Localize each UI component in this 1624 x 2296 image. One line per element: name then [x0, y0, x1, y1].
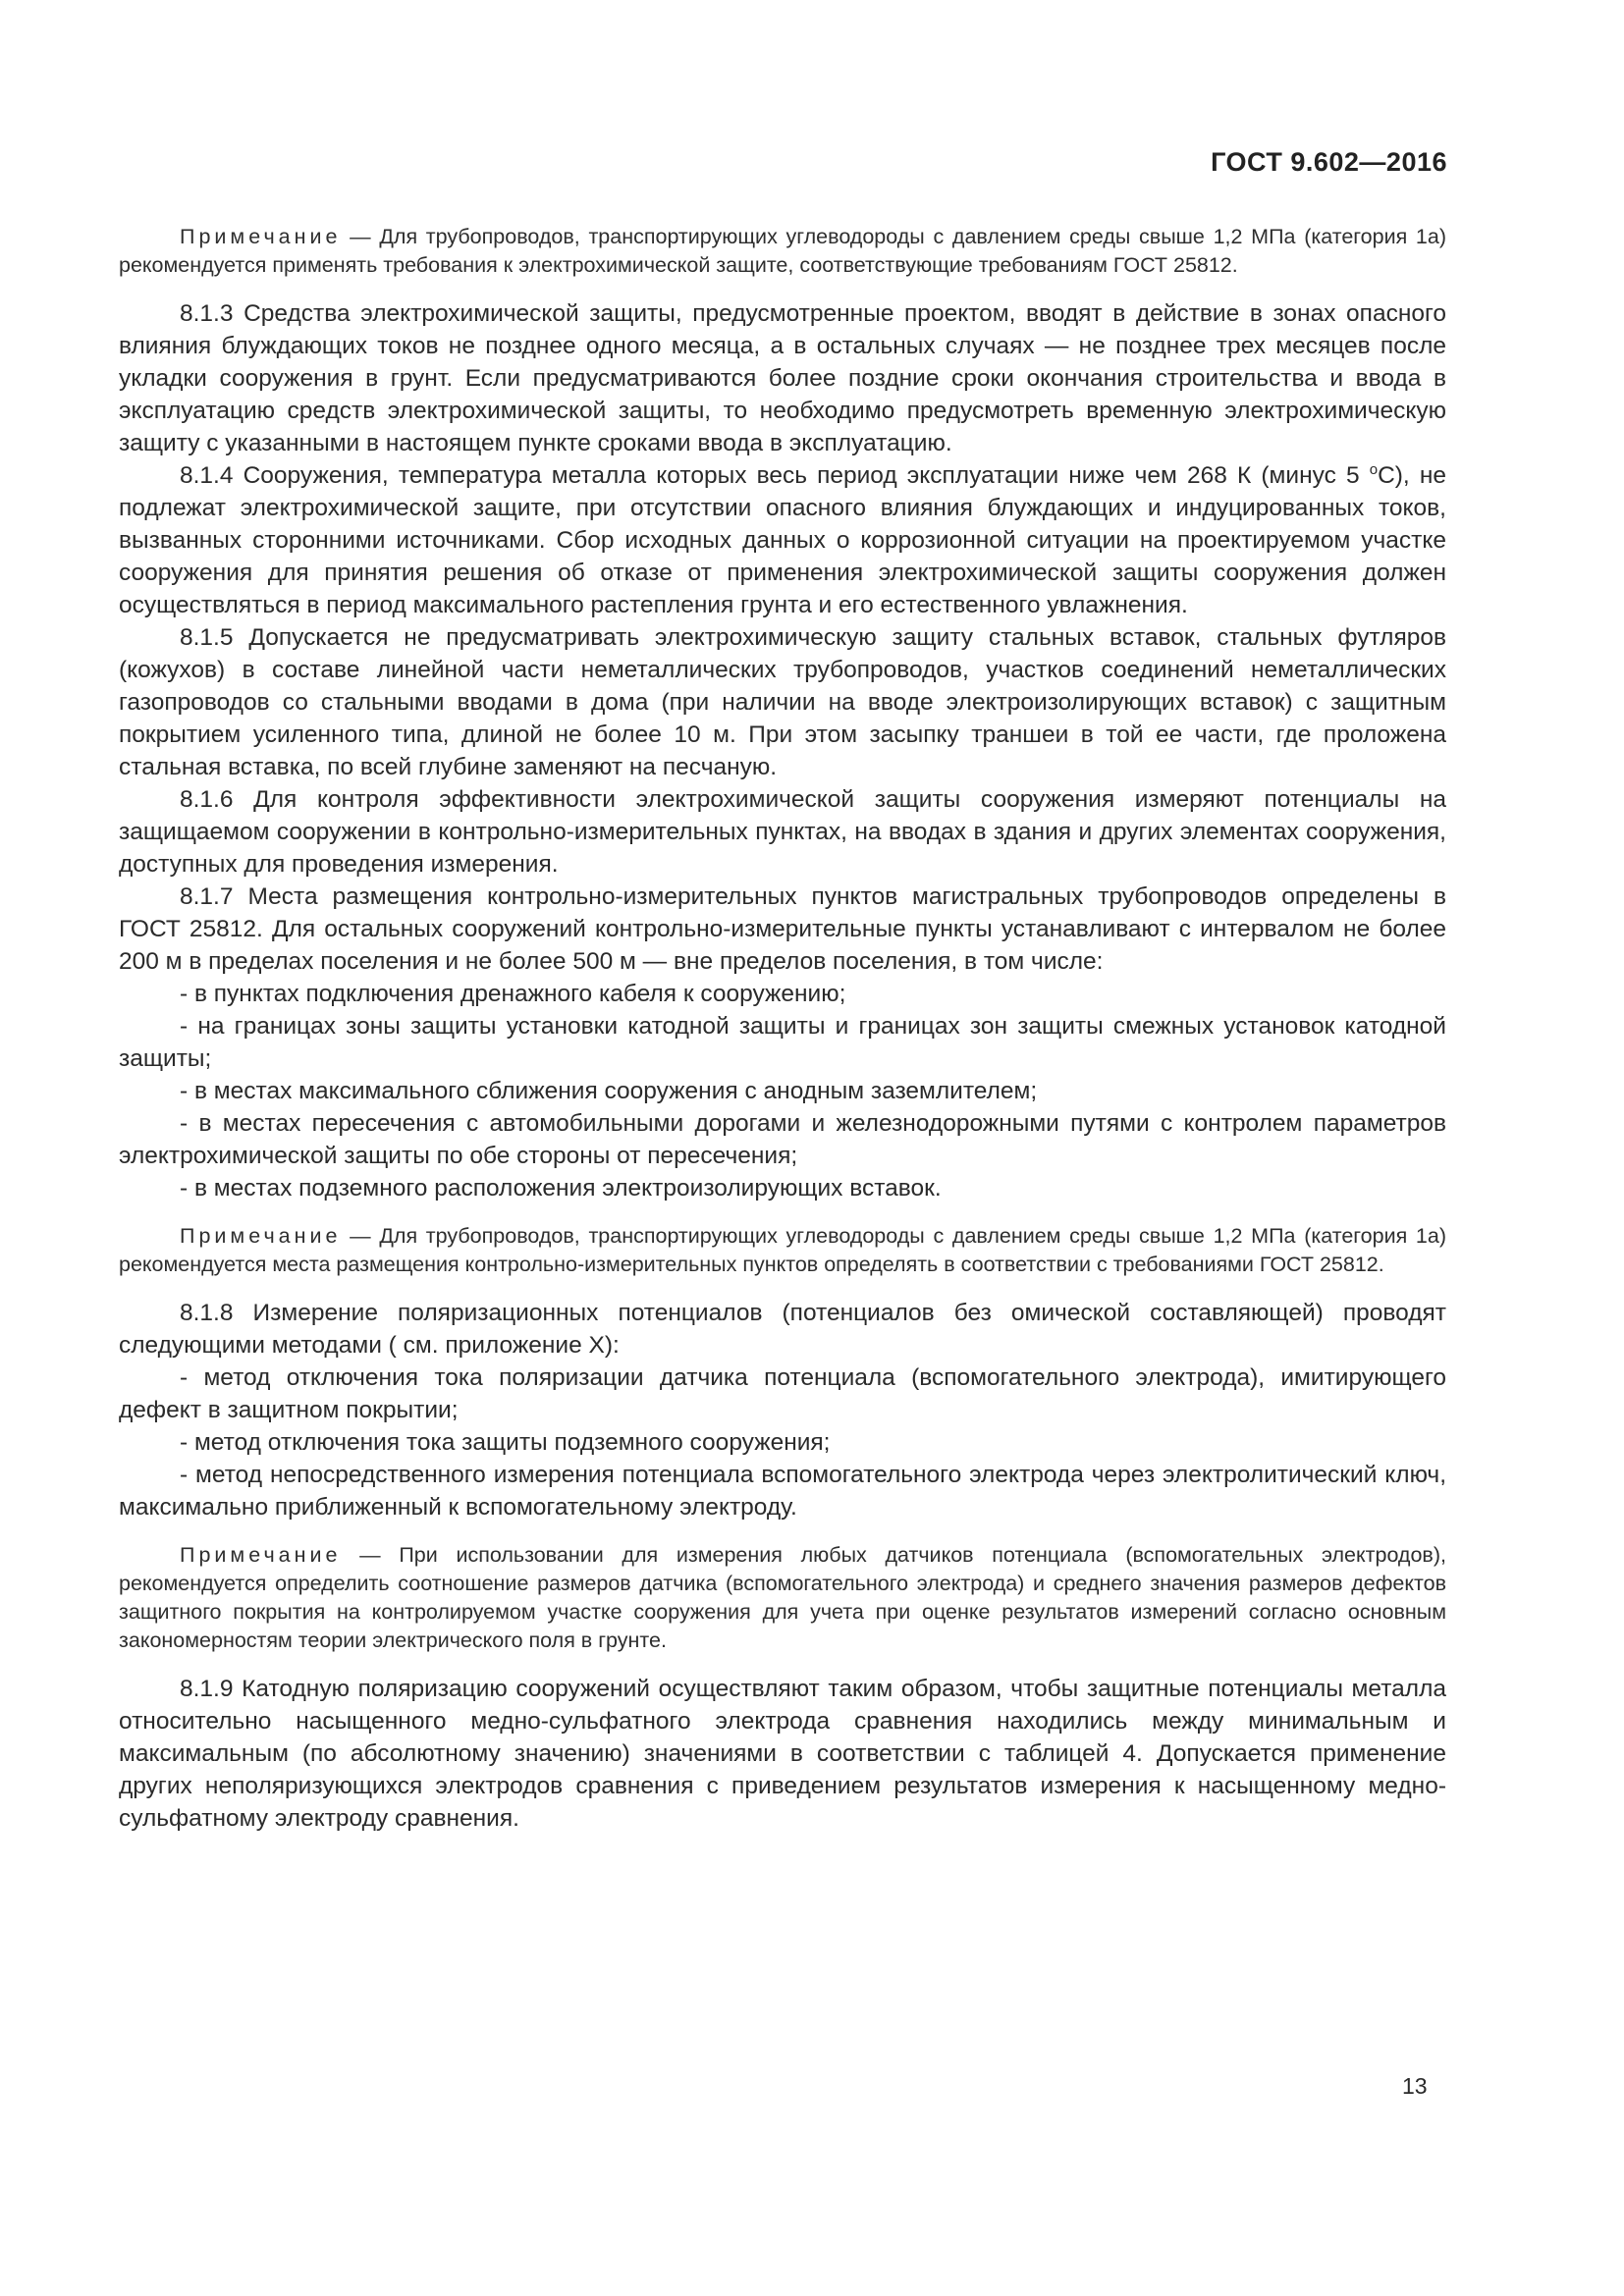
note-label: Примечание [180, 1543, 341, 1567]
note-potential-sensors: Примечание — При использовании для измер… [119, 1541, 1446, 1655]
clause-8-1-6: 8.1.6 Для контроля эффективности электро… [119, 783, 1446, 881]
clause-8-1-9: 8.1.9 Катодную поляризацию сооружений ос… [119, 1673, 1446, 1835]
page-number: 13 [1402, 2073, 1428, 2100]
clause-8-1-5: 8.1.5 Допускается не предусматривать эле… [119, 621, 1446, 783]
clause-text-before: 8.1.4 Сооружения, температура металла ко… [180, 462, 1370, 489]
list-item: - в местах пересечения с автомобильными … [119, 1107, 1446, 1172]
document-body: Примечание — Для трубопроводов, транспор… [119, 223, 1446, 1835]
list-item: - метод непосредственного измерения поте… [119, 1459, 1446, 1523]
list-item: - метод отключения тока защиты подземног… [119, 1426, 1446, 1459]
list-item: - в местах подземного расположения элект… [119, 1172, 1446, 1204]
list-item: - метод отключения тока поляризации датч… [119, 1362, 1446, 1426]
note-pipelines-requirements: Примечание — Для трубопроводов, транспор… [119, 223, 1446, 280]
clause-8-1-7: 8.1.7 Места размещения контрольно-измери… [119, 881, 1446, 978]
list-item: - в местах максимального сближения соору… [119, 1075, 1446, 1107]
document-header-id: ГОСТ 9.602—2016 [1211, 147, 1447, 178]
clause-8-1-8: 8.1.8 Измерение поляризационных потенциа… [119, 1297, 1446, 1362]
list-item: - в пунктах подключения дренажного кабел… [119, 978, 1446, 1010]
clause-8-1-3: 8.1.3 Средства электрохимической защиты,… [119, 297, 1446, 459]
clause-8-1-4: 8.1.4 Сооружения, температура металла ко… [119, 459, 1446, 621]
note-label: Примечание [180, 1224, 341, 1248]
list-kip-locations: - в пунктах подключения дренажного кабел… [119, 978, 1446, 1204]
degree-sup: о [1370, 461, 1378, 478]
list-measurement-methods: - метод отключения тока поляризации датч… [119, 1362, 1446, 1523]
list-item: - на границах зоны защиты установки като… [119, 1010, 1446, 1075]
note-kip-placement: Примечание — Для трубопроводов, транспор… [119, 1222, 1446, 1279]
document-page: ГОСТ 9.602—2016 Примечание — Для трубопр… [0, 0, 1624, 2296]
note-label: Примечание [180, 225, 341, 248]
